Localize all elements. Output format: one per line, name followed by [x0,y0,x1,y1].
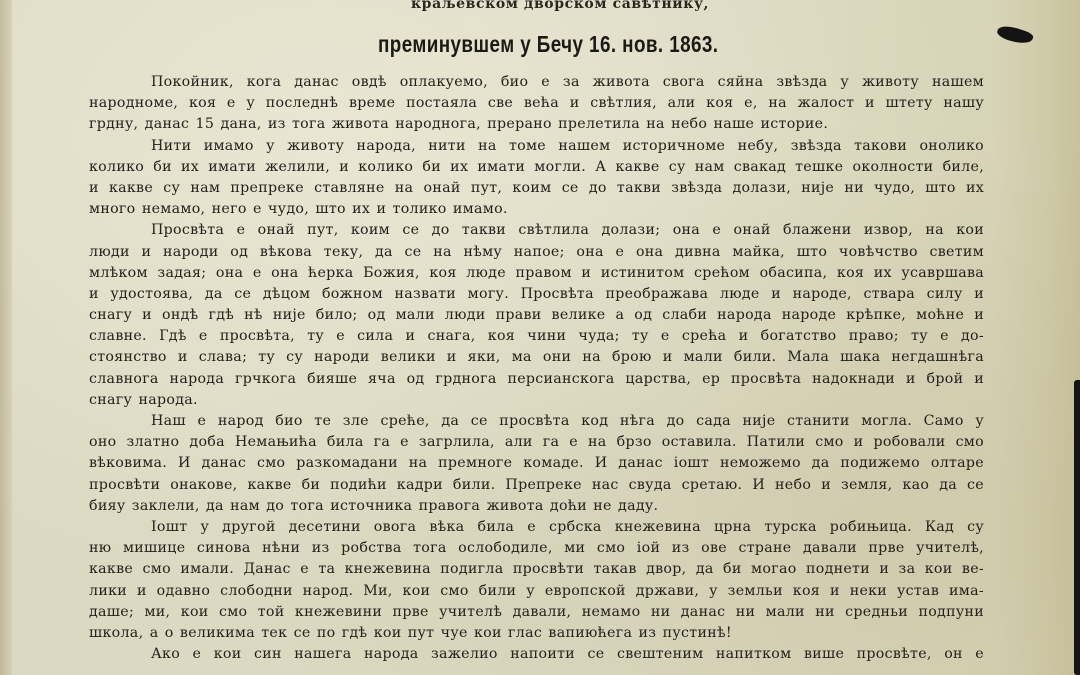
header-line: краљевском дворском савѣтнику, [0,0,1080,11]
text-line: какве смо имали. Данас е та кнежевина по… [89,559,984,580]
text-line: снагу народа. [89,390,984,411]
paragraph: Нити имамо у животу народа, нити на томе… [89,136,984,221]
article-body: Покойник, кога данас овдѣ оплакуемо, био… [89,72,984,665]
text-line: ню мишице синова нѣни из робства тога ос… [89,538,984,559]
text-line: лики и одавно слободни народ. Ми, кои см… [89,581,984,602]
paragraph: Просвѣта е онай пут, коим се до такви св… [89,220,984,411]
text-line: Іошт у другой десетини овога вѣка била е… [89,517,984,538]
text-line: оно златно доба Немањића била га е загрл… [89,432,984,453]
paragraph: Наш е народ био те зле среће, да се прос… [89,411,984,517]
text-line: бияу заклели, да нам до тога источника п… [89,496,984,517]
text-line: и какве су нам препреке ставляне на онай… [89,178,984,199]
text-line: славнога народа грчкога бияше яча од грд… [89,369,984,390]
ink-blot-mark [996,23,1035,47]
text-line: вѣковима. И данас смо разкомадани на пре… [89,453,984,474]
text-line: народноме, коя е у последнѣ време постая… [89,93,984,114]
scanned-page: краљевском дворском савѣтнику, преминувш… [0,0,1080,675]
text-line: Наш е народ био те зле среће, да се прос… [89,411,984,432]
text-line: Ако е кои син нашега народа зажелио напо… [89,644,984,665]
text-line: Просвѣта е онай пут, коим се до такви св… [89,220,984,241]
text-line: млѣком задая; она е она ћерка Божия, коя… [89,263,984,284]
page-fold-shadow [1074,380,1080,675]
text-line: Нити имамо у животу народа, нити на томе… [89,136,984,157]
text-line: даше; ми, кои смо той кнежевини прве учи… [89,602,984,623]
page-title: преминувшем у Бечу 16. нов. 1863. [97,30,983,58]
text-line: школа, а о великима тек се по гдѣ кои пу… [89,623,984,644]
text-line: и удостоява, да се дѣцом божном назвати … [89,284,984,305]
text-line: снагу и ондѣ гдѣ нѣ није било; од мали л… [89,305,984,326]
text-line: славне. Гдѣ е просвѣта, ту е сила и снаг… [89,326,984,347]
text-line: много немамо, него е чудо, што их и толи… [89,199,984,220]
text-line: стоянство и слава; ту су народи велики и… [89,347,984,368]
paragraph: Ако е кои син нашега народа зажелио напо… [89,644,984,665]
paragraph: Іошт у другой десетини овога вѣка била е… [89,517,984,644]
text-line: Покойник, кога данас овдѣ оплакуемо, био… [89,72,984,93]
text-line: колико би их имати желили, и колико би и… [89,157,984,178]
paragraph: Покойник, кога данас овдѣ оплакуемо, био… [89,72,984,136]
text-line: грдну, данас 15 дана, из тога живота нар… [89,114,984,135]
text-line: просвѣти онакове, какве би подићи кадри … [89,475,984,496]
page-left-edge [0,0,12,675]
text-line: люди и народи од вѣкова теку, да се на н… [89,242,984,263]
